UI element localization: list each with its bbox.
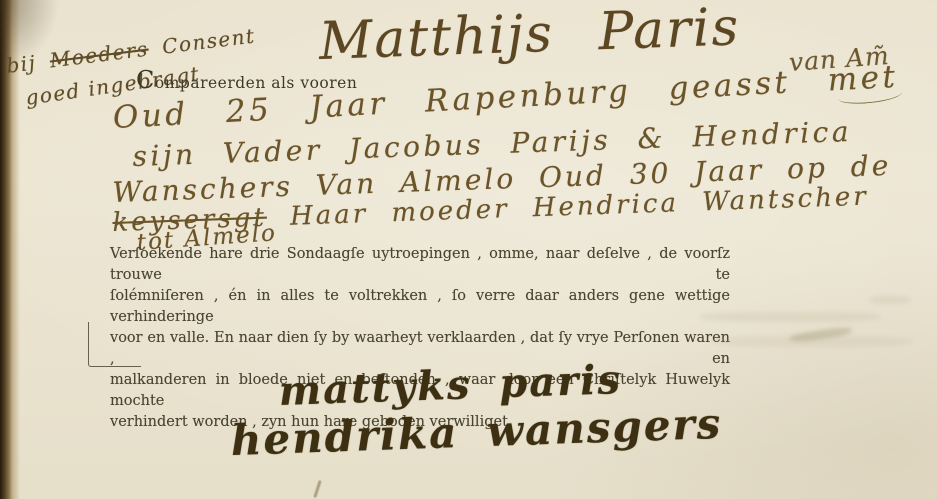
margin-note-suffix: Consent bbox=[147, 23, 257, 60]
register-page-scan: bij Moeders Consent goed ingebragt Compa… bbox=[0, 0, 937, 499]
margin-note-prefix: bij bbox=[5, 49, 51, 78]
printed-paragraph-line: ſolémniſeren , én in alles te voltrekken… bbox=[110, 286, 730, 328]
margin-note-struck-word: Moeders bbox=[48, 37, 150, 73]
groom-name-handwriting: Matthijs Paris bbox=[318, 0, 741, 72]
printed-paragraph-line: Verſoekende hare drie Sondaagſe uytroepi… bbox=[110, 244, 730, 286]
corner-bracket-mark bbox=[88, 322, 141, 367]
ink-bleed-mark bbox=[870, 296, 910, 304]
ink-bleed-mark bbox=[712, 336, 912, 347]
pen-stroke-mark bbox=[313, 480, 321, 498]
ink-bleed-mark bbox=[700, 312, 880, 322]
